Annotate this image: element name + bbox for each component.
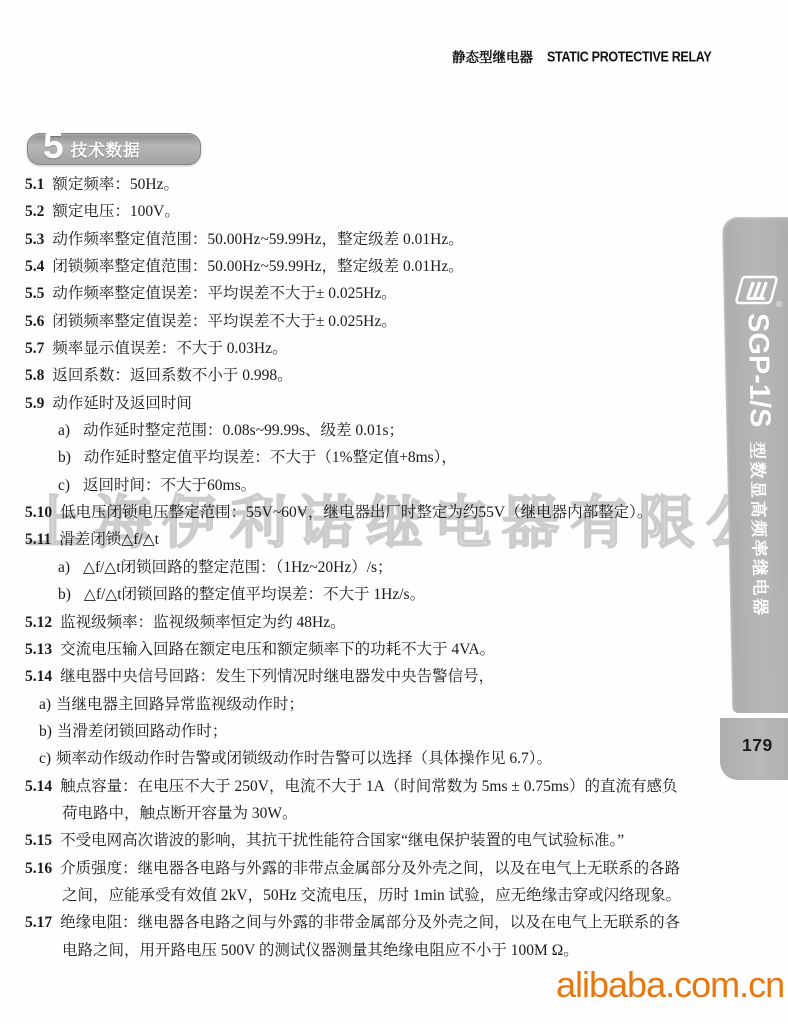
item-number: 5.5 <box>25 285 44 302</box>
subitem-label: b) <box>58 586 71 603</box>
header-title-cn: 静态型继电器 <box>452 46 533 66</box>
item-text: 继电器中央信号回路：发生下列情况时继电器发中央告警信号， <box>60 668 494 685</box>
model-description: 型数显高频率继电器 <box>746 442 775 618</box>
item-number: 5.2 <box>25 203 44 220</box>
item-number: 5.15 <box>25 832 52 849</box>
spec-subitem: c)频率动作级动作时告警或闭锁级动作时告警可以选择（具体操作见 6.7）。 <box>39 745 687 772</box>
item-number: 5.13 <box>25 641 52 658</box>
spec-item: 5.16介质强度：继电器各电路与外露的非带点金属部分及外壳之间，以及在电气上无联… <box>25 855 687 910</box>
spec-item: 5.6闭锁频率整定值误差：平均误差不大于± 0.025Hz。 <box>25 308 687 335</box>
item-number: 5.17 <box>25 914 52 931</box>
section-banner: 5 技术数据 <box>27 133 201 165</box>
brand-logo-icon <box>734 275 779 305</box>
item-text: 动作频率整定值误差：平均误差不大于± 0.025Hz。 <box>52 285 396 302</box>
spec-item: 5.1额定频率：50Hz。 <box>25 171 687 198</box>
subitem-text: 当滑差闭锁回路动作时； <box>57 723 228 740</box>
spec-subitem: c)返回时间：不大于60ms。 <box>58 472 687 499</box>
spec-item: 5.12监视级频率：监视级频率恒定为约 48Hz。 <box>25 609 687 636</box>
item-number: 5.6 <box>25 313 44 330</box>
subitem-text: 当继电器主回路异常监视级动作时； <box>56 696 304 713</box>
spec-item: 5.17绝缘电阻：继电器各电路之间与外露的非带金属部分及外壳之间，以及在电气上无… <box>25 909 687 964</box>
spec-subitem: a)当继电器主回路异常监视级动作时； <box>39 691 687 718</box>
spec-subitem: a)△f/△t闭锁回路的整定范围：（1Hz~20Hz）/s； <box>58 554 687 581</box>
header-title-en: STATIC PROTECTIVE RELAY <box>547 49 711 65</box>
item-text: 动作延时及返回时间 <box>52 395 192 412</box>
spec-item: 5.10低电压闭锁电压整定范围：55V~60V，继电器出厂时整定为约55V（继电… <box>25 499 687 526</box>
spec-subitem: a)动作延时整定范围：0.08s~99.99s、级差 0.01s； <box>58 417 687 444</box>
subitem-label: a) <box>58 422 70 439</box>
section-title: 技术数据 <box>71 137 141 161</box>
item-text: 介质强度：继电器各电路与外露的非带点金属部分及外壳之间，以及在电气上无联系的各路… <box>60 860 681 904</box>
subitem-label: a) <box>58 559 70 576</box>
item-text: 额定电压：100V。 <box>52 203 179 220</box>
item-text: 额定频率：50Hz。 <box>52 176 179 193</box>
spec-subitem: b)动作延时整定值平均误差：不大于（1%整定值+8ms）， <box>58 444 687 471</box>
model-name: SGP-1/S <box>742 313 776 427</box>
spec-item: 5.4闭锁频率整定值范围：50.00Hz~59.99Hz，整定级差 0.01Hz… <box>25 253 687 280</box>
item-number: 5.4 <box>25 258 44 275</box>
page-header: 静态型继电器 STATIC PROTECTIVE RELAY <box>452 46 711 66</box>
item-text: 触点容量：在电压不大于 250V，电流不大于 1A（时间常数为 5ms ± 0.… <box>60 778 677 822</box>
item-number: 5.8 <box>25 367 44 384</box>
subitem-text: 动作延时整定值平均误差：不大于（1%整定值+8ms）， <box>84 449 457 466</box>
spec-list: 5.1额定频率：50Hz。5.2额定电压：100V。5.3动作频率整定值范围：5… <box>25 171 687 964</box>
subitem-text: △f/△t闭锁回路的整定值平均误差：不大于 1Hz/s。 <box>84 586 425 603</box>
item-number: 5.12 <box>25 614 52 631</box>
subitem-label: a) <box>39 696 51 713</box>
site-watermark: alibaba.com.cn <box>556 964 784 1006</box>
spec-item: 5.5动作频率整定值误差：平均误差不大于± 0.025Hz。 <box>25 280 687 307</box>
page-number: 179 <box>742 735 773 756</box>
spec-item: 5.15不受电网高次谐波的影响，其抗干扰性能符合国家“继电保护装置的电气试验标准… <box>25 827 687 854</box>
spec-item: 5.9动作延时及返回时间 <box>25 390 687 417</box>
item-number: 5.14 <box>25 668 52 685</box>
item-number: 5.11 <box>25 531 51 548</box>
item-text: 动作频率整定值范围：50.00Hz~59.99Hz，整定级差 0.01Hz。 <box>52 231 463 248</box>
subitem-label: b) <box>58 449 71 466</box>
spec-item: 5.8返回系数：返回系数不小于 0.998。 <box>25 362 687 389</box>
page: 上海伊利诺继电器有限公司 静态型继电器 STATIC PROTECTIVE RE… <box>0 0 788 1024</box>
spec-subitem: b)当滑差闭锁回路动作时； <box>39 718 687 745</box>
item-number: 5.14 <box>25 778 52 795</box>
subitem-label: c) <box>58 477 70 494</box>
registered-mark: ® <box>776 299 783 309</box>
side-tab: ® SGP-1/S 型数显高频率继电器 <box>722 217 788 713</box>
subitem-label: c) <box>39 750 51 767</box>
item-text: 频率显示值误差：不大于 0.03Hz。 <box>52 340 287 357</box>
item-text: 监视级频率：监视级频率恒定为约 48Hz。 <box>60 614 345 631</box>
subitem-text: 动作延时整定范围：0.08s~99.99s、级差 0.01s； <box>83 422 404 439</box>
subitem-text: △f/△t闭锁回路的整定范围：（1Hz~20Hz）/s； <box>83 559 393 576</box>
item-text: 闭锁频率整定值误差：平均误差不大于± 0.025Hz。 <box>52 313 396 330</box>
subitem-text: 返回时间：不大于60ms。 <box>83 477 256 494</box>
item-text: 滑差闭锁△f/△t <box>59 531 159 548</box>
section-number: 5 <box>43 131 64 161</box>
item-number: 5.7 <box>25 340 44 357</box>
item-number: 5.16 <box>25 860 52 877</box>
spec-item: 5.7频率显示值误差：不大于 0.03Hz。 <box>25 335 687 362</box>
page-number-tab: 179 <box>720 718 788 780</box>
spec-item: 5.2额定电压：100V。 <box>25 198 687 225</box>
item-text: 返回系数：返回系数不小于 0.998。 <box>52 367 292 384</box>
spec-subitem: b)△f/△t闭锁回路的整定值平均误差：不大于 1Hz/s。 <box>58 581 687 608</box>
subitem-label: b) <box>39 723 52 740</box>
spec-item: 5.14继电器中央信号回路：发生下列情况时继电器发中央告警信号， <box>25 663 687 690</box>
item-text: 低电压闭锁电压整定范围：55V~60V，继电器出厂时整定为约55V（继电器内部整… <box>60 504 652 521</box>
spec-item: 5.14触点容量：在电压不大于 250V，电流不大于 1A（时间常数为 5ms … <box>25 773 687 828</box>
item-number: 5.1 <box>25 176 44 193</box>
item-text: 不受电网高次谐波的影响，其抗干扰性能符合国家“继电保护装置的电气试验标准。” <box>60 832 624 849</box>
item-number: 5.9 <box>25 395 44 412</box>
item-text: 闭锁频率整定值范围：50.00Hz~59.99Hz，整定级差 0.01Hz。 <box>52 258 463 275</box>
spec-item: 5.3动作频率整定值范围：50.00Hz~59.99Hz，整定级差 0.01Hz… <box>25 226 687 253</box>
item-number: 5.3 <box>25 231 44 248</box>
item-text: 绝缘电阻：继电器各电路之间与外露的非带金属部分及外壳之间，以及在电气上无联系的各… <box>60 914 680 958</box>
side-tab-text: SGP-1/S 型数显高频率继电器 <box>741 313 780 617</box>
spec-item: 5.13交流电压输入回路在额定电压和额定频率下的功耗不大于 4VA。 <box>25 636 687 663</box>
subitem-text: 频率动作级动作时告警或闭锁级动作时告警可以选择（具体操作见 6.7）。 <box>56 750 552 767</box>
spec-item: 5.11滑差闭锁△f/△t <box>25 526 687 553</box>
item-text: 交流电压输入回路在额定电压和额定频率下的功耗不大于 4VA。 <box>60 641 495 658</box>
item-number: 5.10 <box>25 504 52 521</box>
